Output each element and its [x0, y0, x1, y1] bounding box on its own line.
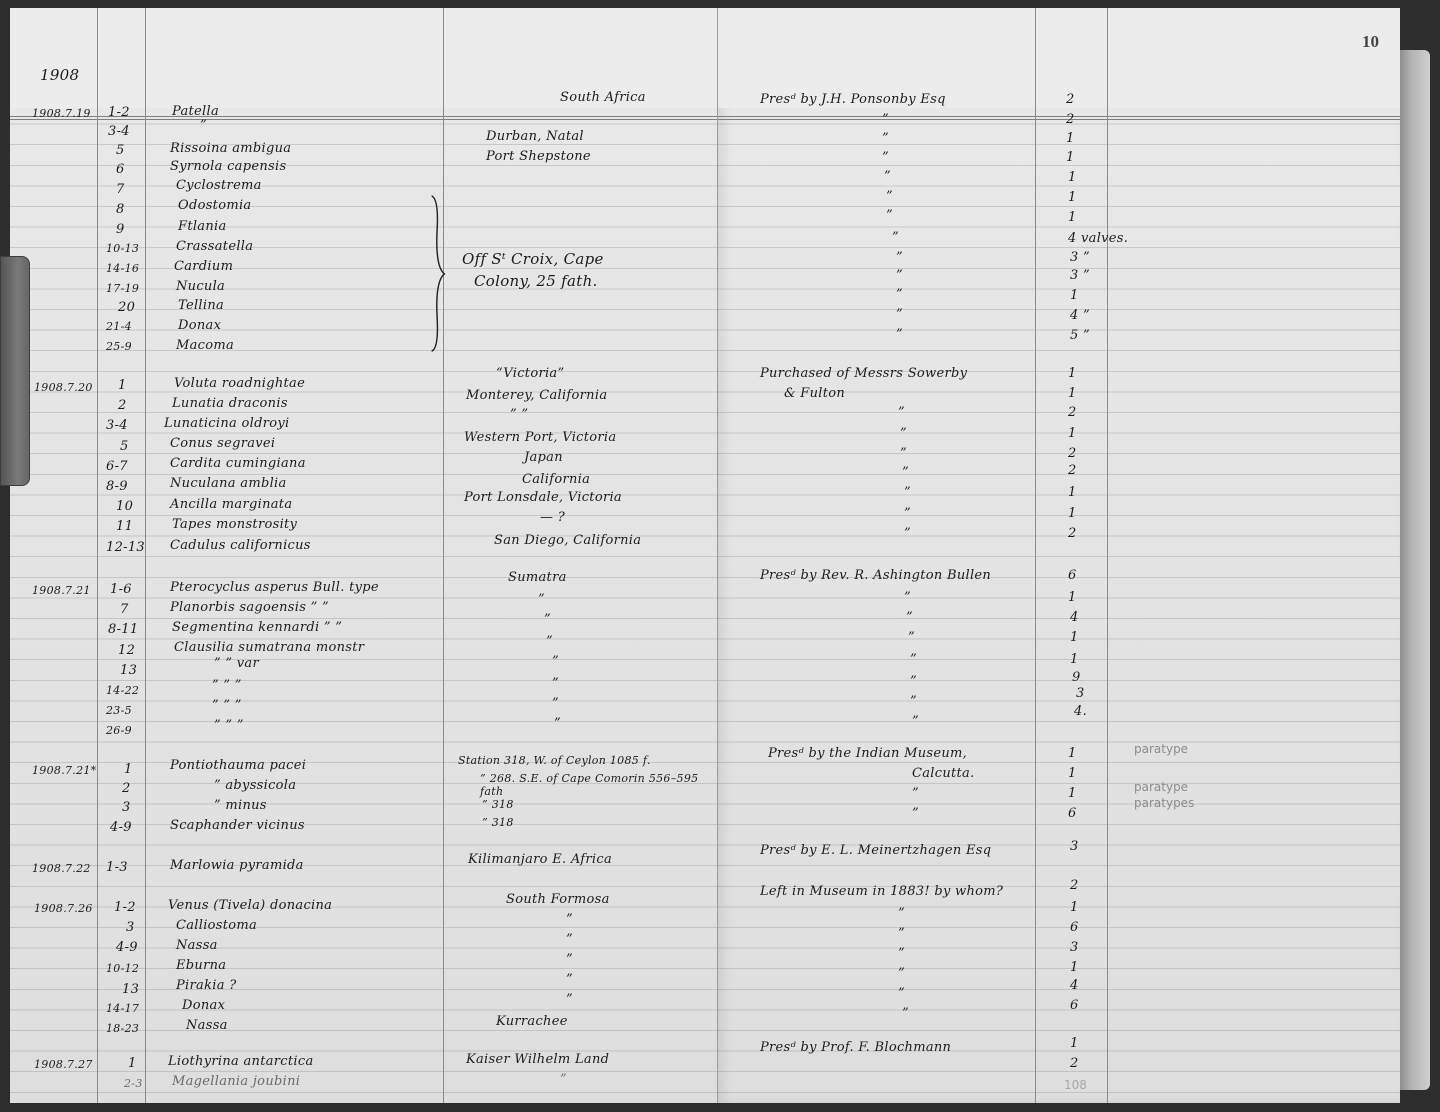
entry-donor: Purchased of Messrs Sowerby	[760, 366, 967, 381]
ditto-mark: ”	[566, 932, 573, 947]
entry-count: 3	[1070, 940, 1079, 955]
entry-reg: 9	[116, 222, 125, 237]
entry-donor: & Fulton	[784, 386, 845, 401]
entry-date: 1908.7.27	[34, 1058, 93, 1071]
entry-name: Patella	[172, 104, 219, 119]
binding-strap	[0, 256, 30, 486]
entry-name: Nassa	[176, 938, 218, 953]
entry-reg: 5	[120, 439, 129, 454]
entry-count: 1	[1068, 386, 1077, 401]
pencil-remark: paratype	[1134, 780, 1188, 794]
entry-name: Cardium	[174, 259, 233, 274]
entry-locality: California	[522, 472, 590, 487]
entry-count: 2	[1066, 112, 1075, 127]
entry-name: Scaphander vicinus	[170, 818, 305, 833]
entry-reg: 3-4	[108, 124, 130, 139]
entry-count: 1	[1068, 506, 1077, 521]
ditto-mark: ”	[546, 634, 553, 649]
ditto-mark: ”	[904, 526, 911, 541]
entry-date: 1908.7.26	[34, 902, 93, 915]
entry-name: Cyclostrema	[176, 178, 262, 193]
entry-count: 1	[1070, 900, 1079, 915]
entry-count: 1	[1070, 630, 1079, 645]
entry-reg: 1-2	[114, 900, 136, 915]
brace-icon	[428, 186, 448, 361]
entry-name: Clausilia sumatrana monstr	[174, 640, 364, 655]
entry-count: 1	[1070, 288, 1079, 303]
ditto-mark: ”	[906, 610, 913, 625]
entry-name: Rissoina ambigua	[170, 141, 291, 156]
entry-count: 1	[1068, 170, 1077, 185]
entry-count: 1	[1068, 590, 1077, 605]
ditto-mark: ”	[898, 926, 905, 941]
entry-reg: 7	[120, 602, 129, 617]
entry-reg: 3-4	[106, 418, 128, 433]
ditto-mark: ”	[898, 405, 905, 420]
entry-name: Pirakia ?	[176, 978, 236, 993]
header-double-rule	[718, 116, 1400, 120]
entry-count: 3 ”	[1070, 250, 1090, 265]
ditto-mark: ”	[882, 150, 889, 165]
entry-locality: Port Shepstone	[486, 149, 591, 164]
entry-reg: 12-13	[106, 540, 145, 555]
entry-count: 2	[1068, 405, 1077, 420]
entry-name: Marlowia pyramida	[170, 858, 304, 873]
ditto-mark: ”	[566, 972, 573, 987]
entry-count: 9	[1072, 670, 1081, 685]
entry-locality: ” 318	[482, 816, 514, 829]
ditto-mark: ”	[904, 506, 911, 521]
ditto-mark: ”	[900, 426, 907, 441]
entry-date: 1908.7.20	[34, 381, 93, 394]
entry-count: 2	[1070, 878, 1079, 893]
entry-name: ” ” var	[214, 656, 259, 671]
entry-name: Lunatia draconis	[172, 396, 288, 411]
entry-donor: Presᵈ by E. L. Meinertzhagen Esq	[760, 843, 991, 858]
entry-name: ” abyssicola	[214, 778, 296, 793]
pencil-remark: paratype	[1134, 742, 1188, 756]
entry-count: 1	[1068, 190, 1077, 205]
entry-reg: 13	[122, 982, 139, 997]
entry-name: Segmentina kennardi ” ”	[172, 620, 342, 635]
entry-name: ” ” ”	[212, 678, 242, 693]
entry-count: 6	[1068, 806, 1077, 821]
entry-count: 1	[1066, 150, 1075, 165]
entry-count: 3 ”	[1070, 268, 1090, 283]
entry-count: 6	[1070, 920, 1079, 935]
entry-donor: Presᵈ by J.H. Ponsonby Esq	[760, 92, 946, 107]
entry-reg: 10-12	[106, 962, 139, 975]
entry-name: Ancilla marginata	[170, 497, 292, 512]
entry-reg: 6	[116, 162, 125, 177]
entry-donor: Calcutta.	[912, 766, 975, 781]
entry-name: Eburna	[176, 958, 226, 973]
entry-reg: 2-3	[124, 1077, 143, 1090]
column-rule-reg	[145, 8, 146, 1103]
entry-reg: 3	[122, 800, 131, 815]
entry-count: 1	[1070, 1036, 1079, 1051]
entry-locality: ” 318	[482, 798, 514, 811]
pencil-remark: paratypes	[1134, 796, 1194, 810]
ditto-mark: ”	[882, 131, 889, 146]
entry-reg: 20	[118, 300, 135, 315]
entry-count: 6	[1070, 998, 1079, 1013]
entry-locality: Kaiser Wilhelm Land	[466, 1052, 609, 1067]
entry-locality: — ?	[540, 510, 565, 525]
book-edge	[1400, 50, 1430, 1090]
entry-count: 1	[1068, 766, 1077, 781]
entry-count: 2	[1066, 92, 1075, 107]
entry-reg: 1	[128, 1056, 137, 1071]
entry-name: Calliostoma	[176, 918, 257, 933]
entry-reg: 4-9	[110, 820, 132, 835]
entry-donor: Presᵈ by Prof. F. Blochmann	[760, 1040, 951, 1055]
entry-count: 1	[1070, 652, 1079, 667]
ditto-mark: ”	[902, 1006, 909, 1021]
entry-name: Odostomia	[178, 198, 251, 213]
ditto-mark: ”	[560, 1072, 567, 1087]
ditto-mark: ”	[884, 169, 891, 184]
entry-count: 1	[1068, 746, 1077, 761]
ditto-mark: ”	[892, 230, 899, 245]
ditto-mark: ”	[910, 694, 917, 709]
entry-reg: 21-4	[106, 320, 132, 333]
entry-locality: Station 318, W. of Ceylon 1085 f.	[458, 754, 651, 767]
ditto-mark: ”	[566, 992, 573, 1007]
entry-reg: 10-13	[106, 242, 139, 255]
ditto-mark: ”	[886, 189, 893, 204]
entry-name: Liothyrina antarctica	[168, 1054, 314, 1069]
entry-reg: 13	[120, 663, 137, 678]
entry-count: 3	[1070, 839, 1079, 854]
entry-count: 1	[1068, 210, 1077, 225]
entry-reg: 26-9	[106, 724, 132, 737]
entry-name: Macoma	[176, 338, 234, 353]
ditto-mark: ”	[554, 716, 561, 731]
ditto-mark: ”	[898, 946, 905, 961]
entry-reg: 8-9	[106, 479, 128, 494]
entry-donor: Presᵈ by Rev. R. Ashington Bullen	[760, 568, 991, 583]
entry-count: 4	[1070, 610, 1079, 625]
column-rule-count	[1107, 8, 1108, 1103]
entry-reg: 1	[118, 378, 127, 393]
entry-reg: 2	[118, 398, 127, 413]
entry-reg: 12	[118, 643, 135, 658]
entry-count: 4 ”	[1070, 308, 1090, 323]
entry-reg: 3	[126, 920, 135, 935]
ditto-mark: ”	[912, 806, 919, 821]
ditto-mark: ”	[538, 592, 545, 607]
ditto-mark: ”	[904, 485, 911, 500]
entry-count: 4 valves.	[1068, 231, 1128, 246]
entry-count: 1	[1070, 960, 1079, 975]
entry-locality: “Victoria”	[496, 366, 564, 381]
ditto-mark: ”	[896, 287, 903, 302]
ditto-mark: ”	[552, 696, 559, 711]
entry-locality: ” 268. S.E. of Cape Comorin 556–595 fath	[480, 772, 710, 798]
entry-name: Cadulus californicus	[170, 538, 311, 553]
ditto-mark: ” ”	[510, 407, 528, 422]
entry-locality: Colony, 25 fath.	[474, 272, 598, 290]
entry-name: Nuculana amblia	[170, 476, 287, 491]
entry-reg: 6-7	[106, 459, 128, 474]
ditto-mark: ”	[552, 676, 559, 691]
ditto-mark: ”	[566, 912, 573, 927]
entry-name: Pterocyclus asperus Bull. type	[170, 580, 379, 595]
entry-date: 1908.7.22	[32, 862, 91, 875]
entry-count: 1	[1068, 485, 1077, 500]
entry-date: 1908.7.19	[32, 107, 91, 120]
entry-locality: Off Sᵗ Croix, Cape	[462, 250, 604, 268]
entry-reg: 10	[116, 499, 133, 514]
ditto-mark: ”	[896, 307, 903, 322]
entry-reg: 1-2	[108, 105, 130, 120]
ditto-mark: ”	[898, 966, 905, 981]
entry-name: Crassatella	[176, 239, 253, 254]
entry-reg: 5	[116, 143, 125, 158]
ditto-mark: ”	[898, 906, 905, 921]
entry-name: Ftlania	[178, 219, 227, 234]
entry-name: Nassa	[186, 1018, 228, 1033]
entry-name: ” minus	[214, 798, 267, 813]
ditto-mark: ”	[908, 630, 915, 645]
entry-name: ” ” ”	[212, 698, 242, 713]
ditto-mark: ”	[912, 786, 919, 801]
entry-count: 1	[1066, 131, 1075, 146]
entry-count: 5 ”	[1070, 328, 1090, 343]
right-page: 10	[718, 8, 1400, 1103]
entry-name: Donax	[178, 318, 221, 333]
ditto-mark: ”	[200, 118, 207, 133]
entry-count: 2	[1070, 1056, 1079, 1071]
ditto-mark: ”	[552, 654, 559, 669]
column-rule-donor	[1035, 8, 1036, 1103]
entry-name: Magellania joubini	[172, 1074, 300, 1089]
ditto-mark: ”	[896, 327, 903, 342]
entry-reg: 8-11	[108, 622, 138, 637]
entry-name: Planorbis sagoensis ” ”	[170, 600, 329, 615]
ditto-mark: ”	[910, 674, 917, 689]
entry-count: 6	[1068, 568, 1077, 583]
entry-count: 2	[1068, 463, 1077, 478]
entry-name: Tellina	[178, 298, 224, 313]
entry-donor: Presᵈ by the Indian Museum,	[768, 746, 967, 761]
entry-name: Cardita cumingiana	[170, 456, 306, 471]
column-rule-name	[443, 8, 444, 1103]
entry-count: 4	[1070, 978, 1079, 993]
entry-locality: South Africa	[560, 90, 646, 105]
pencil-total: 108	[1064, 1078, 1087, 1092]
page-number: 10	[1362, 32, 1379, 52]
ditto-mark: ”	[896, 268, 903, 283]
entry-date: 1908.7.21	[32, 584, 91, 597]
entry-locality: Monterey, California	[466, 388, 607, 403]
entry-reg: 1-6	[110, 582, 132, 597]
entry-locality: South Formosa	[506, 892, 610, 907]
entry-name: Venus (Tivela) donacina	[168, 898, 332, 913]
ditto-mark: ”	[882, 112, 889, 127]
entry-reg: 18-23	[106, 1022, 139, 1035]
ditto-mark: ”	[898, 986, 905, 1001]
entry-reg: 7	[116, 182, 125, 197]
entry-reg: 2	[122, 781, 131, 796]
entry-count: 1	[1068, 426, 1077, 441]
ditto-mark: ”	[902, 465, 909, 480]
entry-count: 2	[1068, 526, 1077, 541]
entry-reg: 25-9	[106, 340, 132, 353]
entry-date: 1908.7.21*	[32, 764, 96, 777]
ditto-mark: ”	[910, 652, 917, 667]
entry-name: Tapes monstrosity	[172, 517, 297, 532]
ditto-mark: ”	[566, 952, 573, 967]
entry-reg: 1	[124, 762, 133, 777]
column-rule-date	[97, 8, 98, 1103]
entry-reg: 11	[116, 519, 133, 534]
ditto-mark: ”	[544, 612, 551, 627]
year-heading: 1908	[40, 66, 79, 84]
entry-donor: Left in Museum in 1883! by whom?	[760, 884, 1003, 899]
entry-count: 1	[1068, 786, 1077, 801]
entry-reg: 8	[116, 202, 125, 217]
ditto-mark: ”	[896, 250, 903, 265]
entry-name: Nucula	[176, 279, 225, 294]
entry-reg: 14-16	[106, 262, 139, 275]
entry-locality: Kurrachee	[496, 1014, 568, 1029]
entry-name: Donax	[182, 998, 225, 1013]
entry-locality: Port Lonsdale, Victoria	[464, 490, 622, 505]
entry-reg: 23-5	[106, 704, 132, 717]
entry-name: ” ” ”	[214, 718, 244, 733]
entry-count: 1	[1068, 366, 1077, 381]
entry-name: Pontiothauma pacei	[170, 758, 306, 773]
entry-locality: Durban, Natal	[486, 129, 584, 144]
entry-name: Conus segravei	[170, 436, 275, 451]
ledger-spread: 1908 10 1908.7.19 1-2 Patella South Afri…	[0, 0, 1440, 1112]
entry-name: Voluta roadnightae	[174, 376, 305, 391]
entry-locality: San Diego, California	[494, 533, 641, 548]
entry-reg: 14-22	[106, 684, 139, 697]
entry-reg: 14-17	[106, 1002, 139, 1015]
ditto-mark: ”	[904, 590, 911, 605]
ditto-mark: ”	[886, 208, 893, 223]
entry-locality: Kilimanjaro E. Africa	[468, 852, 612, 867]
entry-locality: Western Port, Victoria	[464, 430, 616, 445]
entry-reg: 17-19	[106, 282, 139, 295]
ditto-mark: ”	[900, 446, 907, 461]
entry-count: 3	[1076, 686, 1085, 701]
entry-count: 2	[1068, 446, 1077, 461]
entry-reg: 4-9	[116, 940, 138, 955]
entry-reg: 1-3	[106, 860, 128, 875]
entry-locality: Japan	[524, 450, 563, 465]
entry-locality: Sumatra	[508, 570, 567, 585]
entry-name: Lunaticina oldroyi	[164, 416, 289, 431]
ditto-mark: ”	[912, 714, 919, 729]
entry-name: Syrnola capensis	[170, 159, 286, 174]
entry-count: 4.	[1074, 704, 1087, 719]
